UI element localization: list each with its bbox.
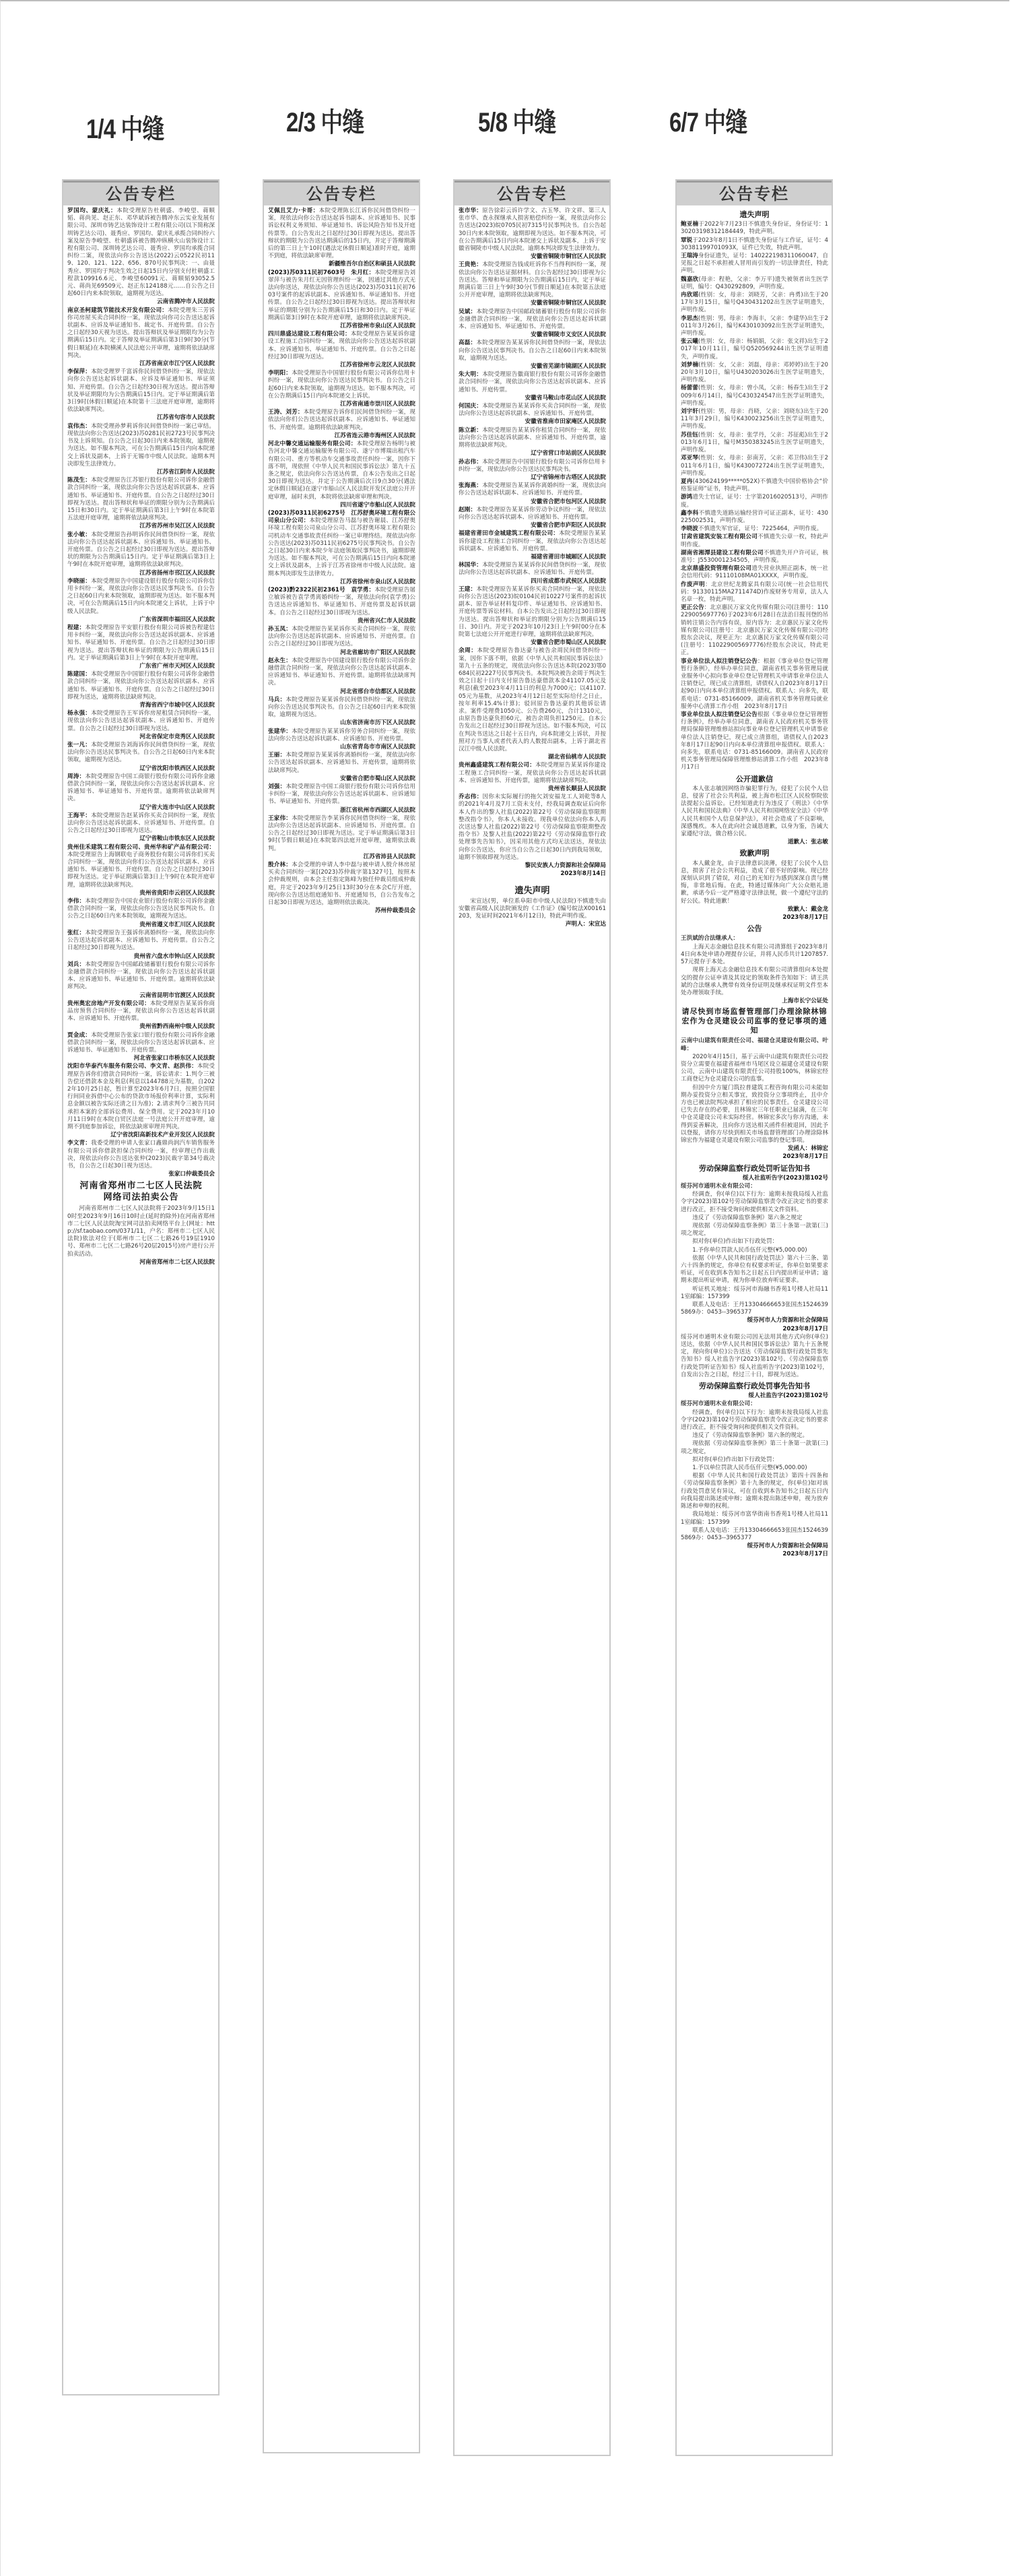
notice-addressee: 张小敏： [67, 532, 91, 538]
notice-text: 不慎遗失道路运输经营许可证正副本，证号：430225002531，声明作废。 [681, 510, 828, 524]
notice-signature: 安徽省芜湖市镜湖区人民法院 [459, 363, 606, 371]
notice-addressee: 沈阳市华泰汽车服务有限公司、李文青、赵洪伟： [67, 1063, 197, 1070]
notice-text: ：根据《事业单位登记管理暂行条例》，经举办单位同意，湖南省机关事务管理局就业服务… [681, 658, 828, 710]
lost-section-title: 遗失声明 [681, 211, 828, 218]
notice-addressee: 殷介林： [268, 862, 292, 868]
notice-item: 河北中馨交通运输服务有限公司：本院受理原告杨明与被告河北中馨交通运输服务有限公司… [268, 441, 415, 501]
notice-addressee: 事业单位法人拟注销登记公告 [681, 711, 757, 718]
notice-item: 夏冉(430624199*****052X)不慎遗失中国价格协会“价格鉴证师”证… [681, 478, 828, 493]
notice-item: 甘肃省建筑安装工程有限公司不慎遗失公章一枚，特此声明作废。 [681, 534, 828, 548]
notice-signature: 黎民安族人力资源和社会保障局 [459, 862, 606, 870]
notice-item: 南京圣柯建筑节能技术开发有限公司：本院受理朱三芳诉你司房屋买卖合同纠纷一案，现依… [67, 307, 215, 360]
notice-signature: 广东省广州市天河区人民法院 [67, 663, 215, 670]
apology-title: 致歉声明 [681, 849, 828, 857]
notice-text: 本院受理原告鲁达豪与被告余周民间借贷纠纷一案，因你下落不明，依据《中华人民共和国… [459, 647, 606, 752]
notice-addressee: 鲍亚楠 [681, 221, 698, 228]
notice-text: 本院受理原告马磊与被告谢晨、江苏舒奥环境工程有限公司泉山分公司、江苏舒奥环境工程… [268, 517, 415, 577]
announcement-column-5-8: 公告专栏 张市华：原告徐彩云诉许学文、古玉琴、许文祥、第三人张市华、查永探继承人… [453, 179, 611, 2456]
notice-addressee: 李晓丽： [67, 578, 91, 585]
notice-addressee: 李伟： [67, 898, 85, 905]
notice-item: 张云曦(性别：女，母亲：杨娟娟，父亲：张文祥)出生于2017年10月11日，编号… [681, 338, 828, 361]
notice-signature: 河北省邢台市信都区人民法院 [268, 688, 415, 696]
notice-text: 本院受理原告中国邮政储蓄银行股份有限公司诉你金融借款合同纠纷一案，现依法向你公告… [67, 961, 215, 991]
notice-signature: 辽宁省锦州市古塔区人民法院 [459, 474, 606, 482]
notice-addressee: 贵州奥宏房地产开发有限公司： [67, 1000, 150, 1007]
notice-addressee: 李思杰 [681, 315, 698, 322]
notice-signature: 江苏省南通市崇川区人民法院 [268, 401, 415, 408]
notice-item: 李保萍：本院受理罗千富诉你民间借贷纠纷一案，现依法向你公告送达起诉状副本、应诉及… [67, 368, 215, 414]
notice-addressee: 南京圣柯建筑节能技术开发有限公司： [67, 307, 168, 314]
lost-notice-title: 遗失声明 [459, 887, 606, 895]
notice-addressee: 乔志伟： [459, 794, 483, 800]
notary-signature: 上海市长宁公证处 [681, 998, 828, 1005]
paragraph: 违反了《劳动保障监察条例》第六条的规定。 [681, 1432, 828, 1440]
notice-item: 四川鼎盛达建设工程有限公司：本院受理原告某某诉你建设工程施工合同纠纷一案，现依法… [268, 331, 415, 361]
notice-text: 因你未实际履行的拖欠刘安福龙工人刘乾等8人的2021年4月及7月工资未支付，经我… [459, 794, 606, 861]
notice-item: 刘兵：本院受理原告中国邮政储蓄银行股份有限公司诉你金融借款合同纠纷一案，现依法向… [67, 961, 215, 992]
notice-item: 北京鼎盛投资管理有限公司遗失营业执照正副本，统一社会信用代码：91110108M… [681, 565, 828, 580]
notice-addressee: 张一凡： [67, 742, 91, 748]
notice-addressee: (2023)苏0311民初7603号 朱月红： [268, 269, 374, 276]
notice-item: 张海燕：本院受理原告某某诉你离婚纠纷一案，现依法向你公告送达起诉状副本、应诉通知… [459, 482, 606, 497]
notice-text: 本院受理原告某某诉你买卖合同纠纷一案，现依法向你公告送达(2023)皖0104民… [459, 586, 606, 638]
notice-addressee: 陈建国： [67, 671, 91, 678]
notice-signature: 河北省廊坊市广阳区人民法院 [268, 649, 415, 657]
paragraph: 1.予以单位罚款人民币伍仟元整(¥5,000.00) [681, 1464, 828, 1472]
auction-title: 河南省郑州市二七区人民法院 网络司法拍卖公告 [67, 1180, 215, 1203]
notice-signature: 贵州省长顺县人民法院 [459, 785, 606, 793]
notice-signature: 江苏省扬州市邗江区人民法院 [67, 570, 215, 577]
notice-signature: 辽宁省鞍山市铁东区人民法院 [67, 835, 215, 843]
apology-signature: 致歉人：戴金龙 [681, 906, 828, 913]
notice-item: 魏嘉欣(母亲：程艳，父亲：李万平)遗失被领者出生医学证明，编号：Q4302928… [681, 276, 828, 291]
notice-signature: 安徽省淮南市田家庵区人民法院 [459, 418, 606, 426]
notice-addressee: 王家伟： [268, 815, 292, 822]
notice-text: 本院受理原告某某诉你劳动争议纠纷一案，现依法向你公告送达起诉状副本、应诉通知书、… [459, 507, 606, 521]
notice-signature: 浙江省杭州市西湖区人民法院 [268, 807, 415, 814]
notice-signature: 贵州省贵阳市云岩区人民法院 [67, 890, 215, 897]
notice-signature: 江苏省南京市江宁区人民法院 [67, 360, 215, 368]
paragraph: 根据《中华人民共和国行政处罚法》第四十四条和《劳动保障监察条例》第十九条的规定，… [681, 1473, 828, 1510]
notice-item: 苏佳钰(性别：女，母亲：张学丹，父亲：苏征彪)出生于2013年6月1日，编号M3… [681, 432, 828, 455]
notice-text: 本院受理原告刘翠萍与被告朱月红无因管理纠纷一案，因通过其他方式无法向你送达，现依… [268, 269, 415, 321]
hearing-doc-no: 绥人社监听告字(2023)第102号 [681, 1175, 828, 1182]
notice-addressee: 魏嘉欣 [681, 276, 699, 283]
notice-text: 本院受理原告某某诉你民间借贷纠纷一案，现依法向你公告送达民事判决书。自公告之日起… [268, 697, 415, 718]
notice-item: 陈建国：本院受理原告中国银行股份有限公司诉你金融借款合同纠纷一案，现依法向你公告… [67, 671, 215, 701]
notice-addressee: 李文青： [67, 1140, 91, 1147]
notice-signature: 辽宁省营口市站前区人民法院 [459, 450, 606, 457]
notice-text: (性别：女，母亲：张学丹，父亲：苏征彪)出生于2013年6月1日，编号M3503… [681, 432, 828, 453]
notice-addressee: 湖南省湘潭县建设工程有限公司 [681, 550, 764, 556]
column-body: 遗失声明 鲍亚楠于2022年7月23日不慎遗失身份证，身份证号：13020319… [677, 205, 832, 1562]
request-date: 2023年8月17日 [681, 1153, 828, 1161]
paragraph: 1.予你单位罚款人民币伍仟元整(¥5,000.00) [681, 1247, 828, 1254]
notice-signature: 江苏省江阴市人民法院 [67, 469, 215, 476]
notice-signature: 江苏省徐州市云龙区人民法院 [268, 362, 415, 369]
request-paras: 2020年4月15日，基于云南中山建筑有限责任公司投资分立需要在福建省福州市马尾… [681, 1054, 828, 1145]
apology-date: 2023年8月17日 [681, 914, 828, 922]
paragraph: 拟对你(单位)作出如下行政处罚： [681, 1238, 828, 1246]
notice-item: 杨永强：本院受理原告王军诉你房屋租赁合同纠纷一案，现依法向你公告送达起诉状副本、… [67, 710, 215, 733]
hearing-notice-title: 劳动保障监察行政处罚听证告知书 [681, 1165, 828, 1172]
notice-signature: 江苏省连云港市海州区人民法院 [268, 432, 415, 440]
paragraph: 违反了《劳动保障监察条例》第六条之规定 [681, 1215, 828, 1222]
announcement-column-6-7: 公告专栏 遗失声明 鲍亚楠于2022年7月23日不慎遗失身份证，身份证号：130… [675, 179, 833, 2456]
notice-text: 本院受理罗千富诉你民间借贷纠纷一案，现依法向你公告送达起诉状副本、应诉及举证通知… [67, 368, 215, 413]
notice-item: 陈立新：本院受理原告某某诉你租赁合同纠纷一案，现依法向你公告送达起诉状副本、应诉… [459, 427, 606, 450]
apology-body: 本人戴金龙，由于法律意识淡薄，侵犯了公民个人信息，损害了社会公共利益，造成了很不… [681, 860, 828, 905]
notice-signature: 辽宁省沈阳市铁西区人民法院 [67, 765, 215, 773]
notice-signature: 安徽省合肥市包河区人民法院 [459, 498, 606, 506]
notice-signature: 福建省莆田市城厢区人民法院 [459, 554, 606, 561]
notice-addressee: 游鸿 [681, 494, 692, 501]
paragraph: 上海天志金融信息技术有限公司清算组于2023年8月4日向本处申请办理提存公证，并… [681, 944, 828, 967]
notice-text: 身份证遗失，证号：140222198311060047，自见报之日起不承担被人冒… [681, 253, 828, 274]
notice-addressee: 杨蕾蕾 [681, 385, 698, 391]
notice-addressee: 艾佩且艾力·卡哥： [268, 207, 319, 214]
notice-text: (430624199*****052X)不慎遗失中国价格协会“价格鉴证师”证书，… [681, 478, 828, 492]
notice-addressee: 朱大明： [459, 371, 482, 378]
notice-signature: 云南省昆明市官渡区人民法院 [67, 992, 215, 1000]
notice-signature: 贵州省六盘水市钟山区人民法院 [67, 953, 215, 961]
notice-addressee: 作废声明 [681, 581, 705, 588]
notice-signature: 贵州省遵义市汇川区人民法院 [67, 922, 215, 929]
notice-text: 本院受理原告某某诉你民间借贷纠纷一案，现依法向你公告送达民事判决书。自公告之日起… [459, 340, 606, 361]
notice-item: 鑫李科不慎遗失道路运输经营许可证正副本，证号：430225002531，声明作废… [681, 510, 828, 525]
notice-item: 沈阳市华泰汽车服务有限公司、李文青、赵洪伟：本院受理原告诉你们借款合同纠纷一案，… [67, 1063, 215, 1131]
notice-addressee: 孙玉凤： [268, 626, 292, 633]
notice-item: 何国庆：本院受理原告某某诉你买卖合同纠纷一案，现依法向你公告送达起诉状副本、应诉… [459, 403, 606, 418]
notice-addressee: 程建： [67, 624, 85, 631]
notice-item: 张小敏：本院受理原告孙明诉你民间借贷纠纷一案，现依法向你公告送达起诉状副本、应诉… [67, 532, 215, 569]
notice-signature: 江苏省苏州市吴江区人民法院 [67, 523, 215, 530]
request-addressee: 云南中山建筑有限责任公司、福建仓灵建设有限公司、叶峰： [681, 1037, 828, 1052]
notice-addressee: 贾金成： [67, 1032, 91, 1039]
notice-addressee: 张建华： [268, 728, 292, 735]
notice-addressee: 更正公告 [681, 604, 704, 611]
notice-text: (性别：女，父亲：刘磊，母亲：邓婷婷)出生于2020年3月10日，编号U4302… [681, 362, 828, 383]
notice-text: 本院受理原告中国工商银行股份有限公司诉你信用卡纠纷一案，现依法向你公告送达起诉状… [268, 783, 415, 805]
notice-addressee: 福建省莆田市金城建筑工程有限公司： [459, 530, 559, 537]
notice-addressee: 张云曦 [681, 338, 698, 345]
notice-text: 遗失士官证，证号：士字第2016020513号，声明作废。 [681, 494, 828, 508]
notice-item: 赵永生：本院受理原告中国建设银行股份有限公司诉你金融借款合同纠纷一案，现依法向你… [268, 657, 415, 688]
paragraph: 依据《中华人民共和国行政处罚法》第六十三条、第六十四条的规定，你单位有权要求听证… [681, 1255, 828, 1285]
fold-label-1-4: 1/4 中缝 [86, 108, 164, 146]
notice-item: 陈茂生：本院受理原告江苏银行股份有限公司诉你金融借款合同纠纷一案，现依法向你公告… [67, 477, 215, 522]
notary-paras: 上海天志金融信息技术有限公司清算组于2023年8月4日向本处申请办理提存公证，并… [681, 944, 828, 997]
notice-text: ：北京惠民万家文化传媒有限公司(注册号：110229005697776)于202… [681, 604, 828, 656]
notice-item: 刘强：本院受理原告中国工商银行股份有限公司诉你信用卡纠纷一案，现依法向你公告送达… [268, 783, 415, 806]
notice-signature: 广东省深圳市福田区人民法院 [67, 616, 215, 624]
notice-addressee: 张红： [67, 930, 85, 936]
notice-signature: 贵州省兴仁市人民法院 [268, 618, 415, 625]
fold-label-5-8: 5/8 中缝 [478, 101, 555, 139]
notice-signature: 四川省成都市武侯区人民法院 [459, 578, 606, 585]
notice-addressee: 赵刚： [459, 507, 476, 513]
paragraph: 现依据《劳动保障监察条例》第三十条第一款第(三)项之规定， [681, 1440, 828, 1455]
notice-item: 杨蕾蕾(性别：女，母亲：曾小凤，父亲：杨春生)出生于2009年6月14日，编号C… [681, 385, 828, 408]
notice-item: 王贵艳：本院受理原告钱成旺诉你不当得利纠纷一案，现依法向你公告送达证据材料。自公… [459, 261, 606, 299]
notice-text: (性别：女，母亲：杨娟娟，父亲：张文祥)出生于2017年10月11日，编号Q52… [681, 338, 828, 360]
prior-addressee: 绥芬河市通明木业有限公司： [681, 1400, 828, 1408]
notice-addressee: 陈立新： [459, 427, 482, 434]
paragraph: 现将上海天志金融信息技术有限公司清算组向本处提交的提存公证申请及其设定的领取条件… [681, 967, 828, 997]
notice-text: 本院受理原告上海钢联电子商务股份有限公司诉你们买卖合同纠纷一案，现依法向你们公告… [67, 851, 215, 889]
notice-text: 不慎遗失军官证，证号：7225464，声明作废。 [698, 525, 822, 532]
notice-addressee: 吴斌： [459, 309, 476, 315]
notice-addressee: 高磊： [459, 340, 476, 346]
notice-item: 李思杰(性别：男，母亲：李海丰，父亲：李建华)出生于2011年3月26日，编号K… [681, 315, 828, 338]
notice-item: 王涛、刘芳：本院受理原告诉你们民间借贷纠纷一案，现依法向你们公告送达起诉状副本、… [268, 409, 415, 432]
apology-body: 本人张志敏因网络诈骗犯罪行为，侵犯了公民个人信息，侵害了社会公共利益，被上海市松… [681, 785, 828, 838]
fold-label-2-3: 2/3 中缝 [286, 101, 364, 139]
notice-addressee: 北京鼎盛投资管理有限公司 [681, 565, 751, 572]
notice-item: 刘梦楠(性别：女，父亲：刘磊，母亲：邓婷婷)出生于2020年3月10日，编号U4… [681, 362, 828, 385]
paragraph: 联系人及电话：王丹13304666653张国杰15246395869办：0453… [681, 1527, 828, 1542]
auction-body: 河南省郑州市二七区人民法院将于2023年9月15日10时至2023年9月16日1… [67, 1205, 215, 1258]
notice-item: 李晓丽：本院受理原告中国建设银行股份有限公司诉你信用卡纠纷一案，现依法向你公告送… [67, 578, 215, 616]
notice-addressee: 何国庆： [459, 403, 482, 410]
notice-text: (母亲：程艳，父亲：李万平)遗失被领者出生医学证明，编号：Q430292809，… [681, 276, 828, 290]
notice-text: 本院受理原告王强诉你离婚纠纷一案，现依法向你公告送达起诉状副本、应诉通知书、开庭… [67, 930, 215, 951]
notice-text: (性别：女，母亲：彭南芳，父亲：邓卫伟)出生于2011年6月1日，编号K4300… [681, 455, 828, 476]
notice-addressee: 贵州佳禾建筑工程有限公司、贵州华和矿产品有限公司： [67, 844, 215, 851]
apology-letters: 公开道歉信本人张志敏因网络诈骗犯罪行为，侵犯了公民个人信息，侵害了社会公共利益，… [681, 775, 828, 922]
notice-item: 作废声明：北京世纪龙腾家具有限公司(统一社会信用代码：91330115MA271… [681, 581, 828, 604]
notice-addressee: 邓亚琴 [681, 455, 698, 461]
notice-item: 吴斌：本院受理原告中国邮政储蓄银行股份有限公司诉你金融借款合同纠纷一案，现依法向… [459, 309, 606, 331]
notice-item: 覃锐于2023年8月1日不慎遗失身份证与工作证，证号：4303811997010… [681, 237, 828, 252]
notice-item: 李明阳：本院受理原告中国银行股份有限公司诉你信用卡纠纷一案，现依法向你公告送达民… [268, 370, 415, 400]
notice-item: 李伟：本院受理原告中国农业银行股份有限公司诉你金融借款合同纠纷一案，现依法向你公… [67, 898, 215, 921]
notice-addressee: 周涛： [67, 773, 85, 780]
notice-text: 本院受理原告平安银行股份有限公司诉被告程建信用卡纠纷一案，现依法向你公告送达起诉… [67, 624, 215, 662]
notice-item: 更正公告：北京惠民万家文化传媒有限公司(注册号：110229005697776)… [681, 604, 828, 657]
notice-item: 王家伟：本院受理原告李某诉你民间借贷纠纷一案，现依法向你公告送达起诉状副本、应诉… [268, 815, 415, 853]
notice-item: 湖南省湘潭县建设工程有限公司不慎遗失开户许可证，核准号：J55300012345… [681, 550, 828, 565]
notice-addressee: 鑫李科 [681, 510, 698, 517]
notice-item: (2023)黔2322民初2361号 袁学勇：本院受理原告屠立敏诉被告袁学勇离婚… [268, 587, 415, 617]
notice-signature: 贵州省黔西南州中级人民法院 [67, 1023, 215, 1031]
notice-addressee: 刘强： [268, 783, 285, 790]
announcement-column-1-4: 公告专栏 罗国均、蒙庆礼：本院受理原告杜朝盛、李峻望、蒋顺韬、蒋尚见、赵正东、邓… [62, 179, 220, 2395]
notice-signature: 山东省青岛市市南区人民法院 [268, 744, 415, 751]
prior-doc-no: 绥人社监告字(2023)第102号 [681, 1392, 828, 1400]
notice-item: 王海平：本院受理原告赵某诉你买卖合同纠纷一案，现依法向你公告送达起诉状副本、应诉… [67, 812, 215, 835]
notice-signature: 苏州仲裁委员会 [268, 907, 415, 915]
lost-notice-body: 宋宣达(男，单位系阜阳市中级人民法院)不慎遗失由安徽省高级人民法院颁发的《工作证… [459, 898, 606, 921]
notice-signature: 安徽省铜陵市义安区人民法院 [459, 331, 606, 339]
notice-item: 福建省莆田市金城建筑工程有限公司：本院受理原告某某诉你建设工程施工合同纠纷一案，… [459, 530, 606, 553]
notice-signature: 安徽省铜陵市铜官区人民法院 [459, 253, 606, 261]
notice-addressee: 张海燕： [459, 482, 482, 489]
notice-signature: 新疆维吾尔自治区和硕县人民法院 [268, 261, 415, 268]
notice-item: 袁伟杰：本院受理孙梦莉诉你民间借贷纠纷一案已审结。现依法向你公告送达(2023)… [67, 423, 215, 468]
notice-item: 朱大明：本院受理原告徽商银行股份有限公司诉你金融借款合同纠纷一案，现依法向你公告… [459, 371, 606, 394]
paragraph: 但因中介方厦门筑拉普建筑工程咨询有限公司未能如期办妥投资分立相关事宜，致投资分立… [681, 1085, 828, 1145]
notice-text: 根据《事业单位登记管理暂行条例》，经举办单位同意，湖南省人民政府机关事务管理局保… [681, 711, 828, 771]
notice-item: 游鸿遗失士官证，证号：士字第2016020513号，声明作废。 [681, 494, 828, 509]
notice-item: 王丽：本院受理原告某某诉你离婚纠纷一案，现依法向你公告送达起诉状副本、应诉通知书… [268, 752, 415, 775]
notice-text: 于2023年8月1日不慎遗失身份证与工作证，证号：430381199701093… [681, 237, 828, 251]
notice-item: 事业单位法人拟注销登记公告：根据《事业单位登记管理暂行条例》，经举办单位同意，湖… [681, 658, 828, 711]
notice-text: 于2022年7月23日不慎遗失身份证，身份证号：1302031983121844… [681, 221, 828, 235]
announcement-column-2-3: 公告专栏 艾佩且艾力·卡哥：本院受理陈长江诉你民间借贷纠纷一案，现依法向你公告送… [263, 179, 420, 2453]
notice-addressee: 马兵： [268, 697, 285, 703]
notice-addressee: 袁伟杰： [67, 423, 91, 430]
notice-addressee: 贵州鑫盛建筑工程有限公司： [459, 762, 535, 769]
hearing-footer: 绥芬河市通明木业有限公司因无法用其他方式向你(单位)送达，依据《中华人民共和国民… [681, 1334, 828, 1379]
notice-item: (2023)苏0311民初7603号 朱月红：本院受理原告刘翠萍与被告朱月红无因… [268, 269, 415, 322]
notice-item: 张建华：本院受理原告某某诉你劳务合同纠纷一案，现依法向你公告送达起诉状副本、应诉… [268, 728, 415, 743]
notice-addressee: 张市华： [459, 207, 482, 214]
notice-item: 艾佩且艾力·卡哥：本院受理陈长江诉你民间借贷纠纷一案，现依法向你公告送达起诉书副… [268, 207, 415, 260]
notice-text: 本院受理陈长江诉你民间借贷纠纷一案，现依法向你公告送达起诉书副本、应诉通知书、民… [268, 207, 415, 259]
notice-signature: 安徽省合肥市蜀山区人民法院 [459, 639, 606, 647]
notice-item: 程建：本院受理原告平安银行股份有限公司诉被告程建信用卡纠纷一案，现依法向你公告送… [67, 624, 215, 662]
notice-text: 本院受理原告中国农业银行股份有限公司诉你金融借款合同纠纷一案，现依法向你公告送达… [67, 898, 215, 920]
notice-text: 本院受理朱三芳诉你司房屋买卖合同纠纷一案，现依法向你司公告送达起诉状副本、应诉及… [67, 307, 215, 359]
notice-addressee: 刘宇轩 [681, 408, 698, 415]
request-signature: 发函人：林锦宏 [681, 1145, 828, 1153]
notice-date: 2023年8月14日 [459, 870, 606, 878]
notice-signature: 湖北省仙桃市人民法院 [459, 754, 606, 761]
notice-item: 事业单位法人拟注销登记公告根据《事业单位登记管理暂行条例》，经举办单位同意，湖南… [681, 711, 828, 772]
notice-item: 孙玉凤：本院受理原告某某诉你买卖合同纠纷一案，现依法向你公告送达起诉状副本、应诉… [268, 626, 415, 649]
notice-item: 贵州鑫盛建筑工程有限公司：本院受理原告某某诉你建设工程施工合同纠纷一案，现依法向… [459, 762, 606, 785]
apology-signature: 道歉人：张志敏 [681, 839, 828, 846]
notice-signature: 云南省腾冲市人民法院 [67, 298, 215, 306]
notice-item: 马兵：本院受理原告某某诉你民间借贷纠纷一案，现依法向你公告送达民事判决书。自公告… [268, 697, 415, 719]
notice-addressee: 刘梦楠 [681, 362, 698, 368]
column-body: 艾佩且艾力·卡哥：本院受理陈长江诉你民间借贷纠纷一案，现依法向你公告送达起诉书副… [264, 205, 419, 918]
notice-text: 本院受理原告诉你们借款合同纠纷一案，诉讼请求：1.判令三被告偿还借款本金及利息(… [67, 1063, 215, 1130]
notice-item: 张一凡：本院受理原告刘海诉你民间借贷纠纷一案，现依法向你公告送达民事判决书。自公… [67, 742, 215, 765]
request-notice-title: 请尽快到市场监督管理部门办理涂除林锦宏作为仓灵建设公司监事的登记事项的通知 [681, 1007, 828, 1035]
notice-item: 高磊：本院受理原告某某诉你民间借贷纠纷一案，现依法向你公告送达民事判决书。自公告… [459, 340, 606, 362]
notice-signature: 江苏省徐州市泉山区人民法院 [268, 579, 415, 586]
notice-item: 李晓波不慎遗失军官证，证号：7225464，声明作废。 [681, 525, 828, 533]
notice-item: 王建：本院受理原告某某诉你买卖合同纠纷一案，现依法向你公告送达(2023)皖01… [459, 586, 606, 639]
paragraph: 2020年4月15日，基于云南中山建筑有限责任公司投资分立需要在福建省福州市马尾… [681, 1054, 828, 1084]
notice-addressee: 李保萍： [67, 368, 91, 375]
notice-signature: 江苏省沛县人民法院 [268, 854, 415, 861]
notice-signature: 安徽省合肥市蜀山区人民法院 [268, 775, 415, 783]
notice-signature: 张家口仲裁委员会 [67, 1171, 215, 1178]
notice-addressee: 孙志伟： [459, 459, 482, 465]
notice-item: 张市华：原告徐彩云诉许学文、古玉琴、许文祥、第三人张市华、查永探继承人损害赔偿纠… [459, 207, 606, 253]
notice-signature: 江苏省徐州市泉山区人民法院 [268, 323, 415, 330]
hearing-paras: 经调查，你(单位)以下行为：逾期未按我局绥人社监令字(2023)第102号劳动保… [681, 1191, 828, 1316]
notice-addressee: 林国华： [459, 562, 482, 569]
notice-addressee: (2023)黔2322民初2361号 袁学勇： [268, 587, 374, 593]
notice-item: 林国华：本院受理原告某某诉你民间借贷纠纷一案，现依法向你公告送达起诉状副本、应诉… [459, 562, 606, 577]
notice-item: 罗国均、蒙庆礼：本院受理原告杜朝盛、李峻望、蒋顺韬、蒋尚见、赵正东、邓华斌诉被告… [67, 207, 215, 298]
notice-text: 本院受理原告中国邮政储蓄银行股份有限公司诉你金融借款合同纠纷一案，现依法向你公告… [459, 309, 606, 330]
notice-text: (性别：女，母亲：刘晓芳，父亲：冉勇)出生于2017年3月15日，编号Q4304… [681, 292, 828, 313]
notice-addressee: 陈茂生： [67, 477, 91, 484]
column-header: 公告专栏 [264, 181, 419, 205]
notice-item: 刘宇轩(性别：男，母亲：肖晓，父亲：刘晓东)出生于2011年3月29日，编号K4… [681, 408, 828, 431]
column-body: 罗国均、蒙庆礼：本院受理原告杜朝盛、李峻望、蒋顺韬、蒋尚见、赵正东、邓华斌诉被告… [63, 205, 218, 1270]
auction-signature: 河南省郑州市二七区人民法院 [67, 1259, 215, 1266]
notice-signature: 安徽省铜陵市铜官区人民法院 [459, 300, 606, 307]
notice-text: (性别：女，母亲：曾小凤，父亲：杨春生)出生于2009年6月14日，编号C430… [681, 385, 828, 406]
paragraph: 现依据《劳动保障监察条例》第三十条第一款第(三)项之规定， [681, 1223, 828, 1237]
notice-item: 李文青：我委受理的申请人张家口鑫鼎尚润汽车销售服务有限公司诉你借款担保合同纠纷一… [67, 1140, 215, 1170]
notice-text: 本院受理原告杜朝盛、李峻望、蒋顺韬、蒋尚见、赵正东、邓华斌诉被告腾冲东云实业发展… [67, 207, 215, 297]
notice-item: 余周：本院受理原告鲁达豪与被告余周民间借贷纠纷一案，因你下落不明，依据《中华人民… [459, 647, 606, 753]
notice-item: 王瑞涛身份证遗失，证号：140222198311060047，自见报之日起不承担… [681, 253, 828, 276]
apology-title: 公开道歉信 [681, 775, 828, 783]
notice-signature: 河北省保定市竞秀区人民法院 [67, 734, 215, 741]
notice-text: (性别：男，母亲：李海丰，父亲：李建华)出生于2011年3月26日，编号K430… [681, 315, 828, 337]
paragraph: 拟对你(单位)作出如下行政处罚： [681, 1456, 828, 1464]
notice-addressee: 覃锐 [681, 237, 692, 244]
column-header: 公告专栏 [454, 181, 609, 205]
notice-item: 赵刚：本院受理原告某某诉你劳动争议纠纷一案，现依法向你公告送达起诉状副本、应诉通… [459, 507, 606, 521]
prior-date: 2023年8月17日 [681, 1551, 828, 1558]
column-body: 张市华：原告徐彩云诉许学文、古玉琴、许文祥、第三人张市华、查永探继承人损害赔偿纠… [454, 205, 609, 932]
notice-item: 孙志伟：本院受理原告中国银行股份有限公司诉你信用卡纠纷一案，现依法向你公告送达民… [459, 459, 606, 474]
prior-paras: 经调查，你(单位)以下行为：逾期未按我局绥人社监令字(2023)第102号劳动保… [681, 1409, 828, 1542]
notice-addressee: 杨永强： [67, 710, 91, 717]
fold-label-6-7: 6/7 中缝 [669, 101, 747, 139]
notice-item: (2023)苏0311民初6275号 江苏舒奥环境工程有限公司泉山分公司：本院受… [268, 510, 415, 578]
prior-signature: 绥芬河市人力资源和社会保障局 [681, 1543, 828, 1550]
notice-addressee: 苏佳钰 [681, 432, 698, 439]
notice-signature: 四川省遂宁市船山区人民法院 [268, 502, 415, 509]
paragraph: 经调查，你(单位)以下行为：逾期未按我局绥人社监令字(2023)第102号劳动保… [681, 1191, 828, 1214]
notice-addressee: 夏冉 [681, 478, 693, 485]
notice-addressee: 事业单位法人拟注销登记公告 [681, 658, 757, 665]
hearing-addressee: 绥芬河市通明木业有限公司： [681, 1183, 828, 1190]
notice-text: 本院受理原告中国工商银行股份有限公司诉你金融借款合同纠纷一案，现依法向你公告送达… [67, 773, 215, 803]
notice-text: 本院受理原告杨明与被告河北中馨交通运输服务有限公司、遂宁市博瑞出租汽车有限公司、… [268, 441, 415, 500]
notice-addressee: 王贵艳： [459, 261, 482, 268]
notice-signature: 山东省济南市历下区人民法院 [268, 719, 415, 727]
notice-item: 张红：本院受理原告王强诉你离婚纠纷一案，现依法向你公告送达起诉状副本、应诉通知书… [67, 930, 215, 953]
notice-list: 艾佩且艾力·卡哥：本院受理陈长江诉你民间借贷纠纷一案，现依法向你公告送达起诉书副… [268, 207, 415, 915]
notice-list: 张市华：原告徐彩云诉许学文、古玉琴、许文祥、第三人张市华、查永探继承人损害赔偿纠… [459, 207, 606, 878]
notice-text: (性别：男，母亲：肖晓，父亲：刘晓东)出生于2011年3月29日，编号K4300… [681, 408, 828, 430]
notice-signature: 河北省张家口市桥东区人民法院 [67, 1055, 215, 1062]
notice-addressee: 王涛、刘芳： [268, 409, 304, 416]
notice-addressee: 罗国均、蒙庆礼： [67, 207, 116, 214]
notice-item: 殷介林：本会受理的申请人李中磊与被申请人殷介林房屋买卖合同纠纷一案[(2023)… [268, 862, 415, 907]
paragraph: 我局地址：绥芬河市富华街南书香苑1号楼人社局111室邮编：157399 [681, 1511, 828, 1526]
notice-item: 贾金成：本院受理原告张家口银行股份有限公司诉你金融借款合同纠纷一案，现依法向你公… [67, 1032, 215, 1055]
notice-text: 本院受理原告某某诉你离婚纠纷一案，现依法向你公告送达起诉状副本、应诉通知书、开庭… [268, 752, 415, 773]
lost-items-list: 鲍亚楠于2022年7月23日不慎遗失身份证，身份证号：1302031983121… [681, 221, 828, 771]
hearing-date: 2023年8月17日 [681, 1326, 828, 1333]
notice-addressee: 四川鼎盛达建设工程有限公司： [268, 331, 351, 337]
notice-addressee: 刘兵： [67, 961, 85, 968]
notice-signature: 江苏省句容市人民法院 [67, 414, 215, 422]
notice-addressee: 甘肃省建筑安装工程有限公司 [681, 534, 757, 540]
lost-notice-signature: 声明人：宋宣达 [459, 921, 606, 928]
notice-item: 邓亚琴(性别：女，母亲：彭南芳，父亲：邓卫伟)出生于2011年6月1日，编号K4… [681, 455, 828, 478]
notice-item: 冉欣瑶(性别：女，母亲：刘晓芳，父亲：冉勇)出生于2017年3月15日，编号Q4… [681, 292, 828, 315]
notary-title: 公告 [681, 925, 828, 932]
notice-addressee: 李晓波 [681, 525, 698, 532]
notice-addressee: 李明阳： [268, 370, 292, 377]
notice-addressee: 河北中馨交通运输服务有限公司： [268, 441, 357, 447]
notice-addressee: 王瑞涛 [681, 253, 698, 259]
column-header: 公告专栏 [63, 181, 218, 205]
